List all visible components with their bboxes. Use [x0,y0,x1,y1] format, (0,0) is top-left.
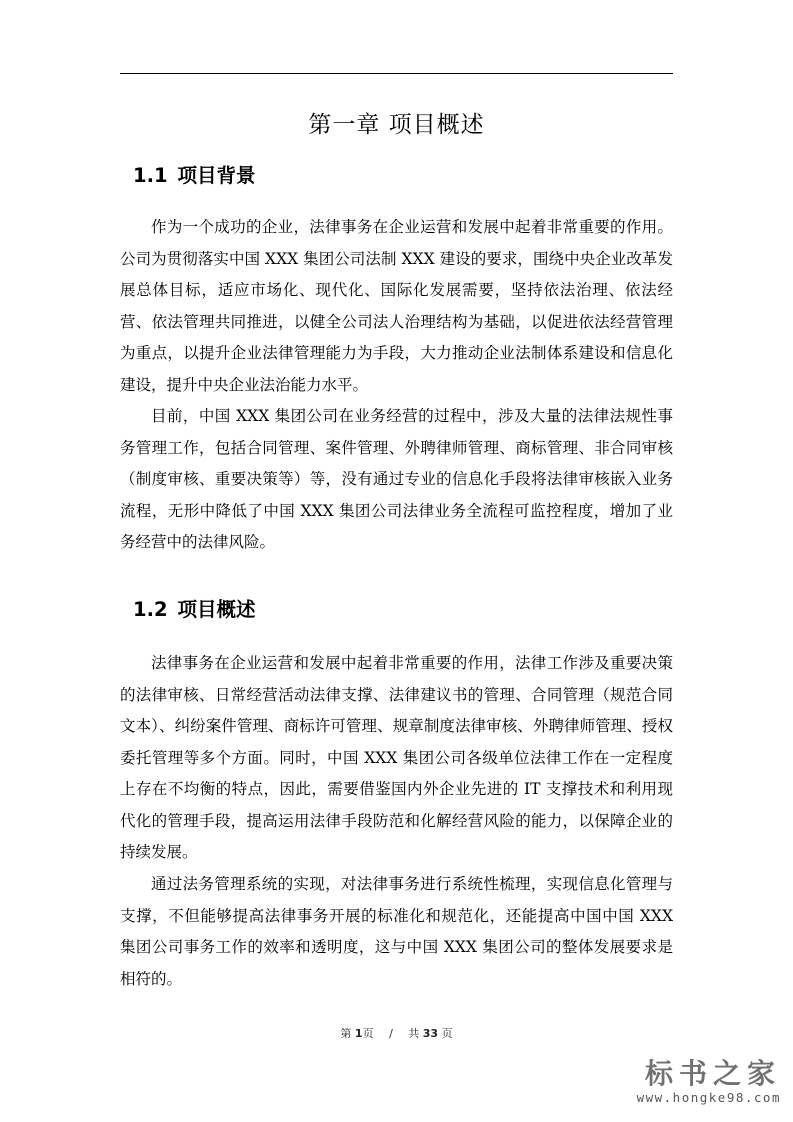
section-heading-1-2: 1.2项目概述 [133,596,256,624]
page-prefix: 第 [340,1027,351,1040]
section-number: 1.1 [133,164,168,187]
watermark-logo-text: 标书之家 [637,1058,781,1090]
total-prefix: 共 [408,1027,419,1040]
paragraph: 法律事务在企业运营和发展中起着非常重要的作用，法律工作涉及重要决策的法律审核、日… [120,648,673,869]
page-footer: 第 1页 / 共 33 页 [0,1025,793,1041]
header-rule [120,73,673,74]
watermark-url: www.hongke98.com [637,1090,781,1105]
section-title: 项目背景 [178,164,256,187]
chapter-title: 第一章 项目概述 [0,108,793,142]
page-separator: / [389,1027,393,1040]
total-suffix: 页 [442,1027,453,1040]
watermark: 标书之家 www.hongke98.com [637,1058,781,1105]
section-heading-1-1: 1.1项目背景 [133,162,256,190]
current-page-number: 1 [355,1027,363,1040]
paragraph: 通过法务管理系统的实现，对法律事务进行系统性梳理，实现信息化管理与支撑，不但能够… [120,869,673,995]
total-pages-number: 33 [423,1027,438,1040]
page-suffix: 页 [363,1027,374,1040]
paragraph: 目前，中国 XXX 集团公司在业务经营的过程中，涉及大量的法律法规性事务管理工作… [120,401,673,559]
section-number: 1.2 [133,598,168,621]
section-title: 项目概述 [178,598,256,621]
paragraph: 作为一个成功的企业，法律事务在企业运营和发展中起着非常重要的作用。公司为贯彻落实… [120,212,673,401]
